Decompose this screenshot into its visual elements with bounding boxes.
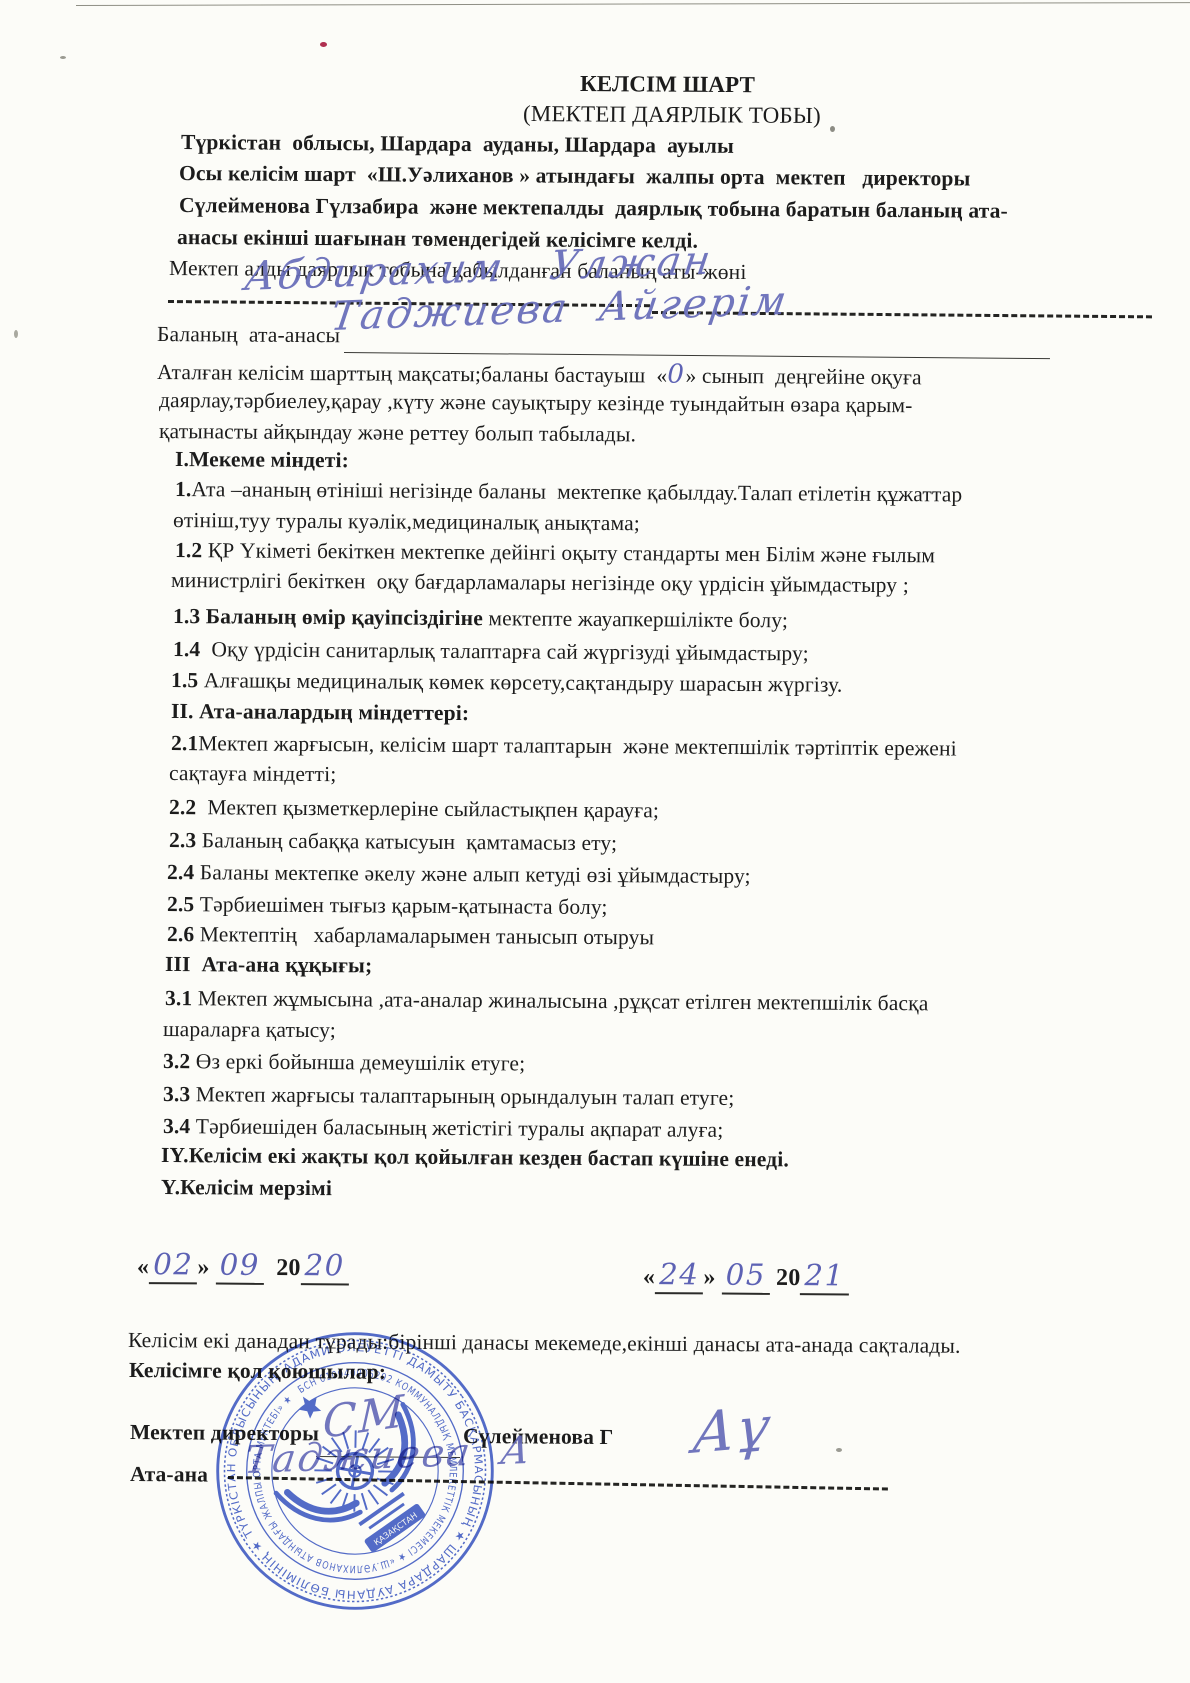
text-line: шараларға қатысу;: [163, 1017, 336, 1044]
text-line: 2.4 Баланы мектепке әкелу және алып кету…: [167, 860, 751, 890]
text-line: ІІ. Ата-аналардың міндеттері:: [171, 699, 469, 727]
printed-text: Өз еркі бойынша демеушілік етуге;: [190, 1049, 525, 1075]
printed-text: 1.: [175, 477, 192, 501]
printed-text: сақтауға міндетті;: [169, 761, 337, 786]
date-start: «02» 09 2020: [137, 1247, 349, 1284]
scanned-document-page: КЕЛСІМ ШАРТ(МЕКТЕП ДАЯРЛЫК ТОБЫ)Түркіста…: [0, 0, 1190, 1683]
text-line: 2.5 Тәрбиешімен тығыз қарым-қатынаста бо…: [167, 892, 608, 921]
text-line: 3.3 Мектеп жарғысы талаптарының орындалу…: [163, 1082, 735, 1112]
printed-text: 2.4: [167, 860, 194, 884]
text-line: IY.Келісім екі жақты қол қойылған кезден…: [161, 1143, 789, 1173]
printed-text: Аталған келісім шарттың мақсаты;баланы б…: [157, 360, 668, 388]
text-line: 3.1 Мектеп жұмысына ,ата-аналар жиналысы…: [165, 986, 929, 1017]
printed-text: 2.5: [167, 892, 194, 916]
printed-text: »: [197, 1254, 209, 1280]
handwritten-text: 20: [300, 1248, 349, 1285]
text-line: 1.Ата –ананың өтініші негізінде баланы м…: [175, 477, 963, 508]
printed-text: 20: [276, 1255, 300, 1281]
printed-text: 1.4: [173, 637, 200, 661]
printed-text: Мектеп жарғысы талаптарының орындалуын т…: [190, 1082, 734, 1110]
printed-text: мектепте жауапкершілікте болу;: [483, 606, 788, 632]
handwritten-text: 09: [216, 1248, 265, 1285]
handwritten-text: 05: [722, 1258, 771, 1295]
printed-text: шараларға қатысу;: [163, 1017, 336, 1042]
scan-speck: [830, 126, 835, 132]
text-line: 1.4 Оқу үрдісін санитарлық талаптарға са…: [173, 637, 809, 667]
text-line: І.Мекеме міндеті:: [175, 447, 349, 474]
date-end: «24» 05 2021: [643, 1257, 849, 1294]
printed-text: «: [137, 1254, 149, 1280]
text-line: 2.6 Мектептің хабарламаларымен танысып о…: [167, 922, 654, 951]
text-line: Аталған келісім шарттың мақсаты;баланы б…: [157, 356, 922, 393]
emblem-banner-text: ҚАЗАҚСТАН: [372, 1510, 419, 1547]
printed-text: 2.1: [171, 731, 198, 755]
printed-text: 1.2: [175, 538, 202, 562]
printed-text: ІІІ Ата-ана құқығы;: [165, 952, 372, 977]
printed-text: даярлау,тәрбиелеу,қарау ,күту және сауық…: [159, 388, 913, 417]
printed-text: І.Мекеме міндеті:: [175, 447, 349, 472]
printed-text: Мектеп жарғысын, келісім шарт талаптарын…: [198, 731, 957, 760]
printed-text: Сүлейменова Гүлзабира және мектепалды да…: [179, 193, 1008, 223]
text-line: өтініш,туу туралы куәлік,медициналық аны…: [173, 508, 640, 537]
printed-text: Баланың ата-анасы: [157, 322, 340, 347]
handwritten-text: 24: [655, 1257, 704, 1294]
printed-text: Y.Келісім мерзімі: [161, 1175, 332, 1200]
text-line: қатынасты айқындау және реттеу болып таб…: [159, 419, 636, 448]
printed-text: 20: [776, 1265, 800, 1291]
printed-text: Мектеп қызметкерлеріне сыйластықпен қара…: [196, 795, 659, 822]
printed-text: (МЕКТЕП ДАЯРЛЫК ТОБЫ): [523, 101, 821, 128]
printed-text: [264, 1255, 276, 1281]
text-line: 3.4 Тәрбиешіден баласының жетістігі тура…: [163, 1114, 724, 1144]
scan-speck: [60, 56, 66, 59]
printed-text: Ата –ананың өтініші негізінде баланы мек…: [191, 477, 962, 506]
text-line: сақтауға міндетті;: [169, 761, 337, 788]
text-line: Осы келісім шарт «Ш.Уәлиханов » атындағы…: [179, 161, 971, 192]
printed-text: Тәрбиешімен тығыз қарым-қатынаста болу;: [194, 892, 607, 919]
printed-text: қатынасты айқындау және реттеу болып таб…: [159, 419, 636, 446]
text-line: министрлігі бекіткен оқу бағдарламалары …: [171, 568, 909, 599]
text-line: ІІІ Ата-ана құқығы;: [165, 952, 373, 979]
text-line: 1.3 Баланың өмір қауіпсіздігіне мектепте…: [173, 604, 788, 634]
printed-text: IY.Келісім екі жақты қол қойылған кезден…: [161, 1143, 789, 1171]
scan-speck: [14, 330, 18, 338]
printed-text: Алғашқы медициналық көмек көрсету,сақтан…: [198, 668, 842, 696]
text-line: 1.2 ҚР Үкіметі бекіткен мектепке дейінгі…: [175, 538, 935, 569]
printed-text: 2.2: [169, 795, 196, 819]
handwritten-text: 21: [800, 1258, 849, 1295]
printed-text: Мектептің хабарламаларымен танысып отыру…: [194, 922, 654, 949]
star-icon: [294, 1390, 324, 1420]
handwritten-parent-signature: Аұ: [690, 1394, 775, 1467]
handwritten-text: 0: [667, 360, 685, 390]
printed-text: Түркістан облысы, Шардара ауданы, Шардар…: [181, 130, 734, 158]
printed-text: »: [703, 1264, 715, 1290]
printed-text: [209, 1255, 215, 1281]
printed-text: 1.3 Баланың өмір қауіпсіздігіне: [173, 604, 483, 630]
printed-text: 3.3: [163, 1082, 190, 1106]
printed-text: Баланың сабаққа катысуын қамтамасыз ету;: [196, 828, 617, 855]
printed-text: 2.3: [169, 828, 196, 852]
printed-text: » сынып деңгейіне оқуға: [685, 364, 921, 390]
printed-text: ІІ. Ата-аналардың міндеттері:: [171, 699, 469, 725]
printed-text: өтініш,туу туралы куәлік,медициналық аны…: [173, 508, 640, 535]
scan-speck: [836, 1448, 842, 1452]
document-subtitle: (МЕКТЕП ДАЯРЛЫК ТОБЫ): [523, 100, 821, 130]
printed-text: 3.1: [165, 986, 192, 1010]
printed-text: 2.6: [167, 922, 194, 946]
text-line: 2.2 Мектеп қызметкерлеріне сыйластықпен …: [169, 795, 659, 824]
printed-text: Тәрбиешіден баласының жетістігі туралы а…: [190, 1114, 723, 1142]
text-line: Баланың ата-анасы: [157, 322, 340, 349]
text-line: 2.3 Баланың сабаққа катысуын қамтамасыз …: [169, 828, 617, 857]
text-line: 2.1Мектеп жарғысын, келісім шарт талапта…: [171, 731, 957, 762]
printed-text: 3.2: [163, 1049, 190, 1073]
handwritten-text: 02: [149, 1247, 198, 1284]
printed-text: КЕЛСІМ ШАРТ: [580, 71, 755, 97]
printed-text: «: [643, 1264, 655, 1290]
document-title: КЕЛСІМ ШАРТ: [580, 70, 755, 99]
printed-text: министрлігі бекіткен оқу бағдарламалары …: [171, 568, 909, 597]
text-line: Түркістан облысы, Шардара ауданы, Шардар…: [181, 130, 734, 160]
printed-text: Мектеп жұмысына ,ата-аналар жиналысына ,…: [192, 986, 928, 1015]
printed-text: Оқу үрдісін санитарлық талаптарға сай жү…: [200, 637, 809, 665]
text-line: Келісім екі данадан тұрады:бірінші данас…: [128, 1328, 961, 1360]
printed-text: Келісім екі данадан тұрады:бірінші данас…: [128, 1328, 961, 1358]
text-line: Сүлейменова Гүлзабира және мектепалды да…: [179, 193, 1008, 225]
printed-text: Баланы мектепке әкелу және алып кетуді ө…: [194, 860, 751, 888]
text-line: 1.5 Алғашқы медициналық көмек көрсету,са…: [171, 668, 843, 698]
printed-text: 3.4: [163, 1114, 190, 1138]
scan-speck: [320, 42, 327, 47]
text-line: 3.2 Өз еркі бойынша демеушілік етуге;: [163, 1049, 525, 1077]
printed-text: Осы келісім шарт «Ш.Уәлиханов » атындағы…: [179, 161, 971, 191]
printed-text: 1.5: [171, 668, 198, 692]
text-line: даярлау,тәрбиелеу,қарау ,күту және сауық…: [159, 388, 913, 419]
printed-text: ҚР Үкіметі бекіткен мектепке дейінгі оқы…: [202, 538, 935, 567]
text-line: Y.Келісім мерзімі: [161, 1175, 332, 1202]
printed-text: [715, 1265, 721, 1291]
